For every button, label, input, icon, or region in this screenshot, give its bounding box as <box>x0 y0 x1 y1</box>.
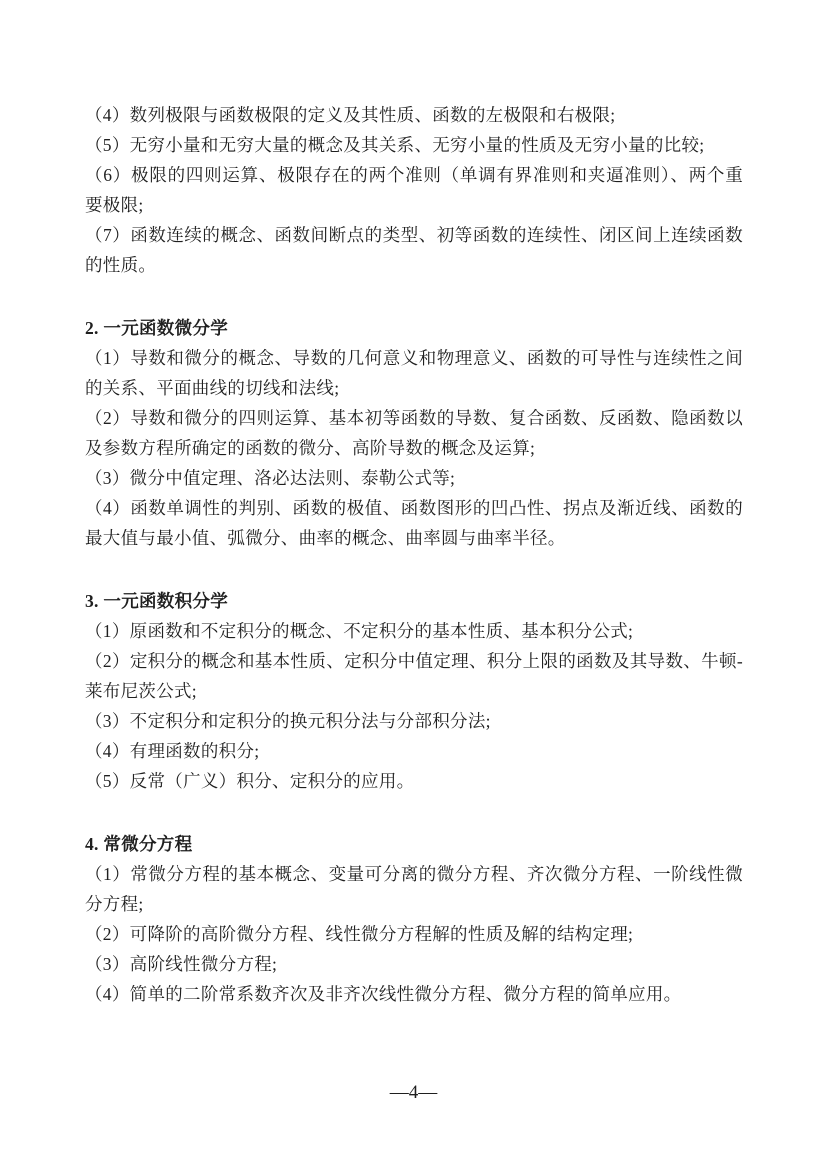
section-heading: 4. 常微分方程 <box>85 829 743 859</box>
list-item: （3）高阶线性微分方程; <box>85 949 743 979</box>
section-heading: 3. 一元函数积分学 <box>85 586 743 616</box>
list-item: （4）数列极限与函数极限的定义及其性质、函数的左极限和右极限; <box>85 100 743 130</box>
page-number: —4— <box>390 1082 438 1103</box>
list-item: （4）简单的二阶常系数齐次及非齐次线性微分方程、微分方程的简单应用。 <box>85 979 743 1009</box>
list-item: （3）不定积分和定积分的换元积分法与分部积分法; <box>85 706 743 736</box>
section-ordinary-differential-equations: 4. 常微分方程 （1）常微分方程的基本概念、变量可分离的微分方程、齐次微分方程… <box>85 829 743 1009</box>
list-item: （1）常微分方程的基本概念、变量可分离的微分方程、齐次微分方程、一阶线性微分方程… <box>85 859 743 919</box>
list-item: （2）可降阶的高阶微分方程、线性微分方程解的性质及解的结构定理; <box>85 919 743 949</box>
section-limits-continued: （4）数列极限与函数极限的定义及其性质、函数的左极限和右极限; （5）无穷小量和… <box>85 100 743 280</box>
list-item: （1）导数和微分的概念、导数的几何意义和物理意义、函数的可导性与连续性之间的关系… <box>85 343 743 403</box>
list-item: （2）导数和微分的四则运算、基本初等函数的导数、复合函数、反函数、隐函数以及参数… <box>85 403 743 463</box>
section-heading: 2. 一元函数微分学 <box>85 313 743 343</box>
list-item: （1）原函数和不定积分的概念、不定积分的基本性质、基本积分公式; <box>85 616 743 646</box>
list-item: （5）反常（广义）积分、定积分的应用。 <box>85 766 743 796</box>
list-item: （6）极限的四则运算、极限存在的两个准则（单调有界准则和夹逼准则）、两个重要极限… <box>85 160 743 220</box>
list-item: （5）无穷小量和无穷大量的概念及其关系、无穷小量的性质及无穷小量的比较; <box>85 130 743 160</box>
list-item: （7）函数连续的概念、函数间断点的类型、初等函数的连续性、闭区间上连续函数的性质… <box>85 220 743 280</box>
section-differential-calculus: 2. 一元函数微分学 （1）导数和微分的概念、导数的几何意义和物理意义、函数的可… <box>85 313 743 553</box>
list-item: （3）微分中值定理、洛必达法则、泰勒公式等; <box>85 463 743 493</box>
list-item: （4）函数单调性的判别、函数的极值、函数图形的凹凸性、拐点及渐近线、函数的最大值… <box>85 493 743 553</box>
list-item: （2）定积分的概念和基本性质、定积分中值定理、积分上限的函数及其导数、牛顿-莱布… <box>85 646 743 706</box>
document-content: （4）数列极限与函数极限的定义及其性质、函数的左极限和右极限; （5）无穷小量和… <box>85 100 743 1009</box>
page-footer: —4— <box>0 1080 827 1106</box>
section-integral-calculus: 3. 一元函数积分学 （1）原函数和不定积分的概念、不定积分的基本性质、基本积分… <box>85 586 743 796</box>
document-page: （4）数列极限与函数极限的定义及其性质、函数的左极限和右极限; （5）无穷小量和… <box>0 0 827 1169</box>
list-item: （4）有理函数的积分; <box>85 736 743 766</box>
